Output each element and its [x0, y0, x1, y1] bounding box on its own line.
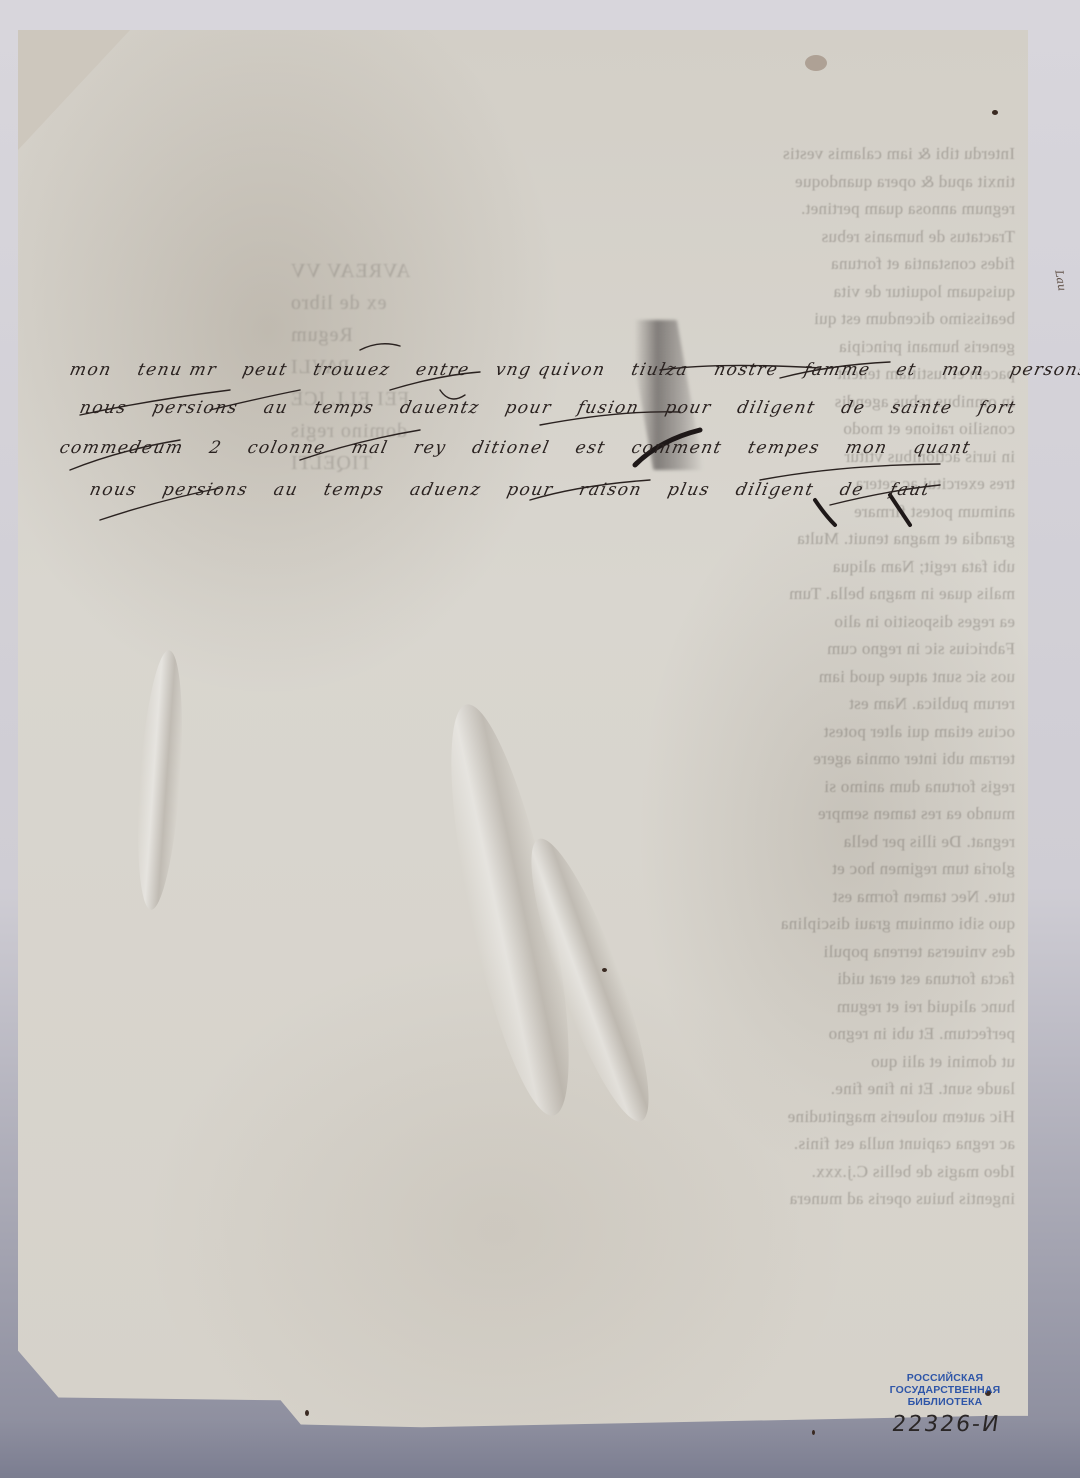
handwritten-word: persons [1008, 360, 1080, 380]
ink-speck [602, 968, 607, 972]
handwritten-line-1: montenu mrpeuttrouuezentrevng quivontiul… [68, 360, 1080, 380]
handwritten-word: sainte [889, 398, 954, 418]
stamp-line-1: РОССИЙСКАЯ [885, 1372, 1005, 1384]
handwritten-word: pour [663, 398, 713, 418]
handwritten-word: au [272, 480, 300, 500]
handwritten-word: pour [503, 398, 553, 418]
stamp-line-3: БИБЛИОТЕКА [885, 1396, 1005, 1408]
handwritten-word: peut [241, 360, 290, 380]
handwritten-word: nous [78, 398, 129, 418]
handwritten-word: mon [68, 360, 114, 380]
stamp-line-2: ГОСУДАРСТВЕННАЯ [885, 1384, 1005, 1396]
handwritten-word: ditionel [470, 438, 552, 458]
ink-speck [992, 110, 998, 115]
handwritten-line-4: nouspersionsautempsaduenzpourraisonplusd… [88, 480, 958, 500]
handwritten-word: mal [350, 438, 390, 458]
handwritten-word: persions [161, 480, 250, 500]
handwritten-text-block: montenu mrpeuttrouuezentrevng quivontiul… [60, 330, 960, 560]
handwritten-word: et [894, 360, 918, 380]
handwritten-word: plus [666, 480, 712, 500]
handwritten-word: trouuez [311, 360, 392, 380]
handwritten-word: diligent [735, 398, 817, 418]
handwritten-word: tenu mr [136, 360, 219, 380]
handwritten-word: quant [911, 438, 973, 458]
handwritten-line-2: nouspersionsautempsdauentzpourfusionpour… [78, 398, 1044, 418]
handwritten-word: famme [802, 360, 872, 380]
handwritten-word: vng quivon [494, 360, 608, 380]
handwritten-word: faut [888, 480, 932, 500]
handwritten-word: nostre [712, 360, 780, 380]
ink-speck [812, 1430, 815, 1435]
handwritten-word: 2 [207, 438, 224, 458]
handwritten-word: raison [577, 480, 644, 500]
handwritten-word: persions [151, 398, 240, 418]
handwritten-line-3: commedeum2colonnemalreyditionelestcommen… [58, 438, 999, 458]
handwritten-word: aduenz [408, 480, 483, 500]
shelfmark-number: 22326-И [890, 1412, 1002, 1437]
handwritten-word: temps [312, 398, 376, 418]
handwritten-word: au [262, 398, 290, 418]
handwritten-word: mon [844, 438, 890, 458]
show-through-text-right: Interdu tibi & iam calamis vestis tinxit… [605, 140, 1015, 1213]
ink-speck [305, 1410, 309, 1416]
handwritten-word: de [838, 480, 866, 500]
handwritten-word: de [839, 398, 867, 418]
margin-note: Lau [1052, 269, 1068, 292]
handwritten-word: colonne [246, 438, 328, 458]
handwritten-word: fusion [576, 398, 642, 418]
handwritten-word: entre [414, 360, 472, 380]
handwritten-word: tiulza [629, 360, 690, 380]
handwritten-word: mon [940, 360, 986, 380]
handwritten-word: fort [976, 398, 1018, 418]
handwritten-word: rey [412, 438, 449, 458]
stain-mark [805, 55, 827, 71]
library-stamp: РОССИЙСКАЯ ГОСУДАРСТВЕННАЯ БИБЛИОТЕКА [885, 1372, 1005, 1408]
handwritten-word: pour [505, 480, 555, 500]
handwritten-word: tempes [746, 438, 822, 458]
handwritten-word: nous [88, 480, 139, 500]
handwritten-word: diligent [734, 480, 816, 500]
handwritten-word: comment [630, 438, 725, 458]
handwritten-word: est [573, 438, 607, 458]
handwritten-word: temps [322, 480, 386, 500]
handwritten-word: dauentz [398, 398, 482, 418]
handwritten-word: commedeum [58, 438, 186, 458]
